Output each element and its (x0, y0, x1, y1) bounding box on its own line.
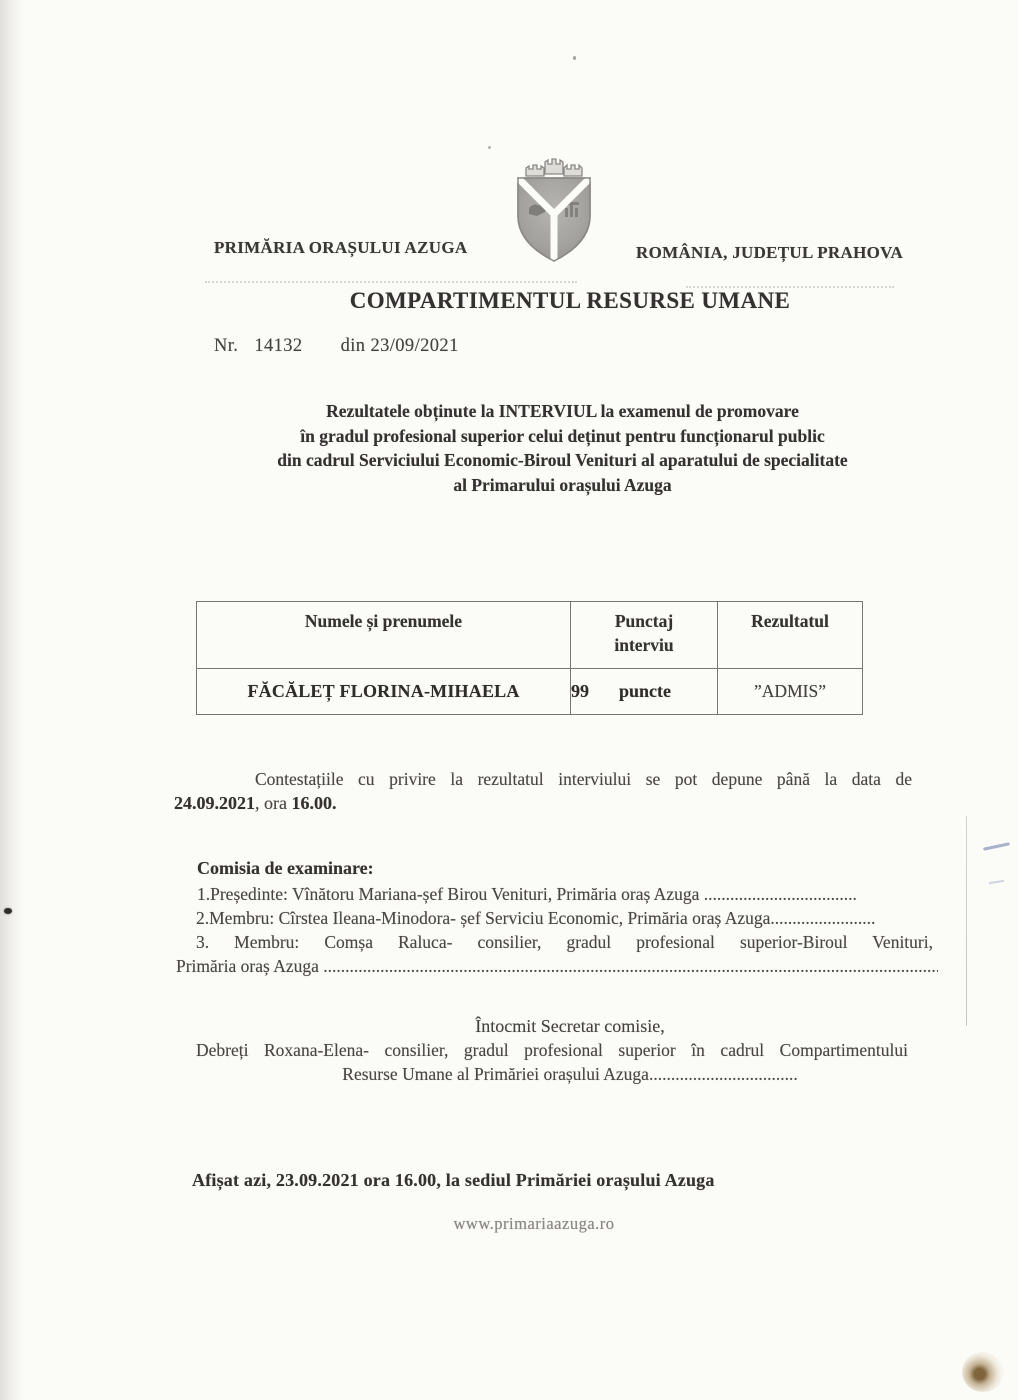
contestation-separator: , ora (255, 793, 291, 813)
scan-scratch-artifact (966, 816, 967, 1026)
candidate-name: FĂCĂLEȚ FLORINA-MIHAELA (197, 669, 571, 715)
contestation-line1: Contestațiile cu privire la rezultatul i… (255, 769, 912, 790)
candidate-score: 99puncte (571, 669, 718, 715)
reg-label: Nr. (214, 336, 238, 356)
commission-member-3-line1: 3. Membru: Comșa Raluca- consilier, grad… (196, 932, 933, 953)
stain-artifact (962, 1352, 1004, 1392)
speck-artifact (488, 146, 491, 149)
org-name-left: PRIMĂRIA ORAȘULUI AZUGA (214, 238, 467, 258)
col-header-name: Numele și prenumele (197, 602, 571, 669)
pen-mark-artifact (989, 880, 1004, 884)
ink-dot-artifact (4, 908, 12, 914)
commission-heading: Comisia de examinare: (197, 858, 374, 879)
reg-date: din 23/09/2021 (341, 336, 459, 356)
coat-of-arms-icon (512, 155, 596, 265)
department-title: COMPARTIMENTUL RESURSE UMANE (120, 288, 1018, 314)
commission-member-1: 1.Președinte: Vînătoru Mariana-șef Birou… (197, 884, 957, 905)
website-url: www.primariaazuga.ro (120, 1214, 948, 1234)
secretary-heading: Întocmit Secretar comisie, (120, 1016, 1018, 1037)
speck-artifact (573, 56, 576, 60)
candidate-result: ”ADMIS” (718, 669, 863, 715)
title-line: din cadrul Serviciului Economic-Biroul V… (110, 448, 1015, 473)
document-title: Rezultatele obținute la INTERVIUL la exa… (110, 399, 1015, 497)
title-line: Rezultatele obținute la INTERVIUL la exa… (110, 399, 1015, 424)
contestation-time: 16.00. (291, 793, 336, 813)
divider (205, 281, 577, 283)
org-name-right: ROMÂNIA, JUDEȚUL PRAHOVA (636, 243, 903, 263)
col-header-result: Rezultatul (718, 602, 863, 669)
commission-member-2: 2.Membru: Cîrstea Ileana-Minodora- șef S… (196, 908, 956, 929)
pen-mark-artifact (983, 842, 1010, 851)
table-row: FĂCĂLEȚ FLORINA-MIHAELA 99puncte ”ADMIS” (197, 669, 863, 715)
secretary-line2: Debreți Roxana-Elena- consilier, gradul … (196, 1040, 908, 1061)
posted-notice: Afișat azi, 23.09.2021 ora 16.00, la sed… (192, 1170, 715, 1191)
title-line: al Primarului orașului Azuga (110, 473, 1015, 498)
scan-edge-shadow (0, 0, 24, 1400)
secretary-line3: Resurse Umane al Primăriei orașului Azug… (120, 1064, 1018, 1085)
contestation-date: 24.09.2021 (174, 793, 255, 813)
col-header-score: Punctaj interviu (571, 602, 718, 669)
contestation-line2: 24.09.2021, ora 16.00. (174, 793, 336, 814)
reg-number: 14132 (254, 336, 302, 356)
commission-member-3-line2: Primăria oraș Azuga ....................… (176, 956, 938, 977)
registration-line: Nr.14132din 23/09/2021 (214, 336, 459, 357)
title-line: în gradul profesional superior celui deț… (110, 424, 1015, 449)
table-header-row: Numele și prenumele Punctaj interviu Rez… (197, 602, 863, 669)
results-table: Numele și prenumele Punctaj interviu Rez… (196, 601, 863, 715)
